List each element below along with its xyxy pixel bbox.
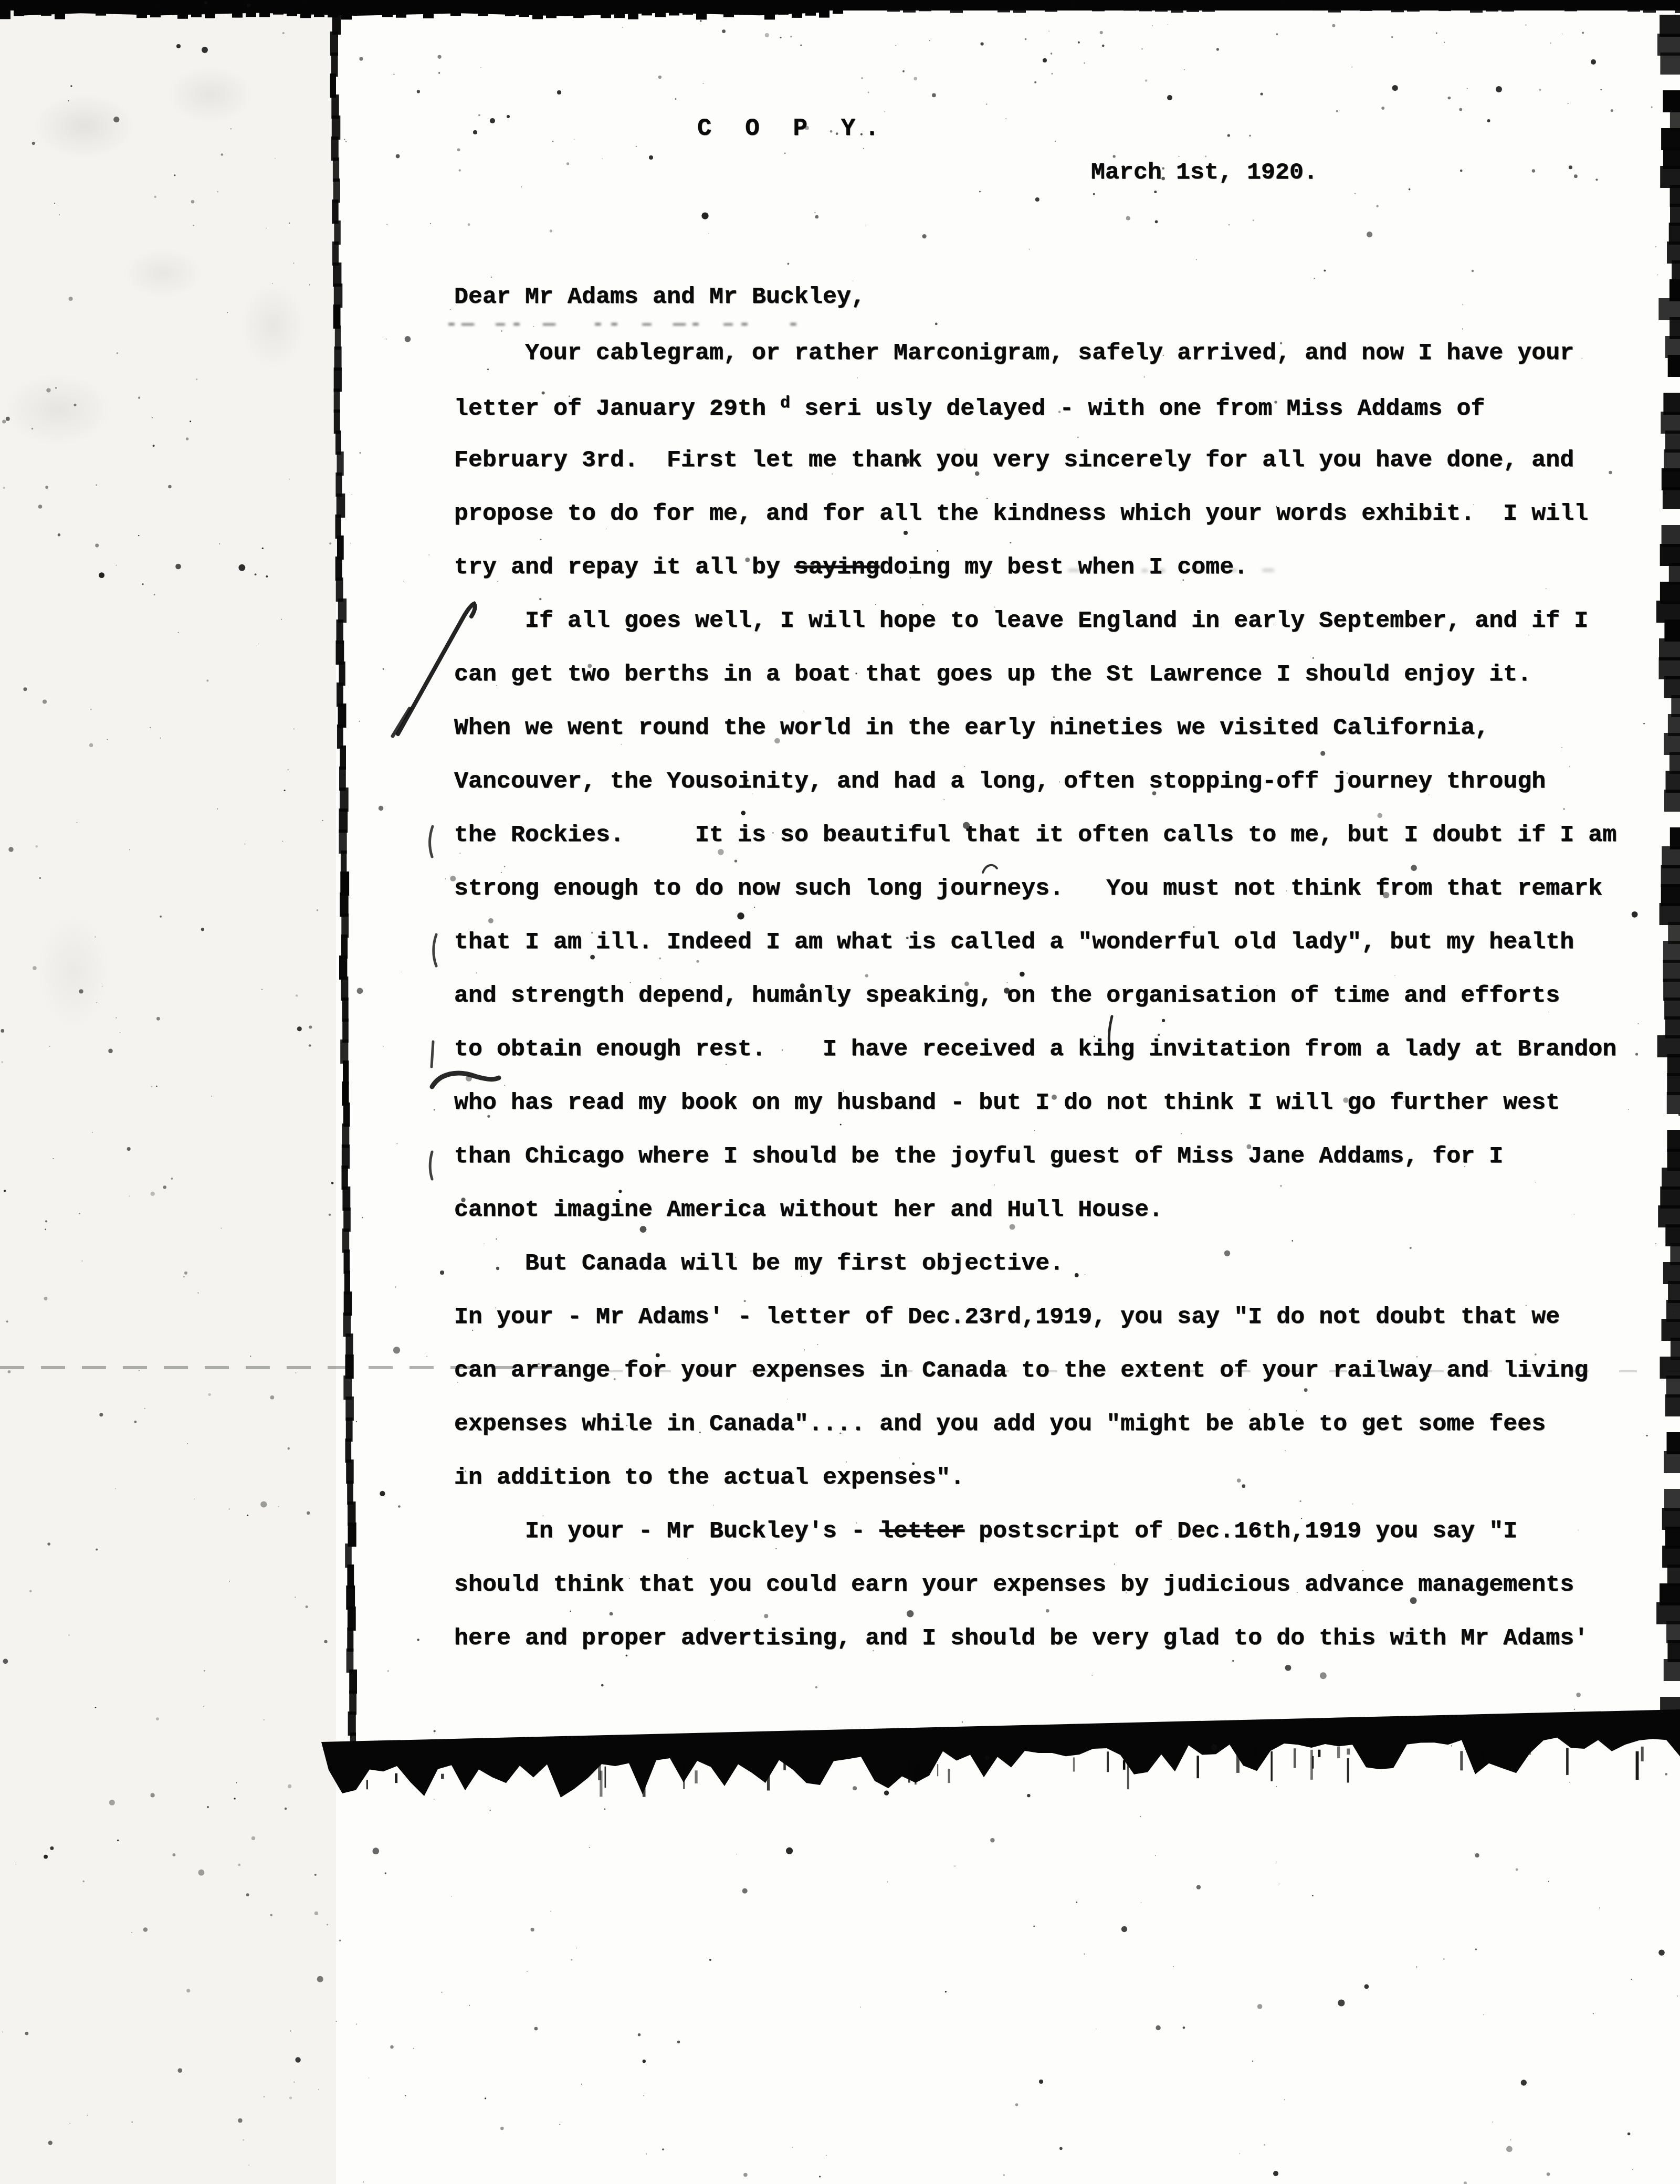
line-text: can arrange for your expenses in Canada … <box>454 1357 1588 1384</box>
line-text: Vancouver, the Yousoinity, and had a lon… <box>454 768 1546 795</box>
date-line: March 1st, 1920. <box>1091 161 1318 184</box>
letter-line: who has read my book on my husband - but… <box>454 1091 1609 1115</box>
salutation: Dear Mr Adams and Mr Buckley, <box>454 285 865 309</box>
letter-line: to obtain enough rest. I have received a… <box>454 1037 1609 1061</box>
line-text: When we went round the world in the earl… <box>454 715 1489 741</box>
line-text: who has read my book on my husband - but… <box>454 1089 1560 1116</box>
line-text: If all goes well, I will hope to leave E… <box>525 607 1588 634</box>
letter-text: C O P Y. March 1st, 1920. Dear Mr Adams … <box>0 0 1680 2184</box>
letter-line: letter of January 29th d seri usly delay… <box>454 395 1609 421</box>
line-text: can get two berths in a boat that goes u… <box>454 661 1531 688</box>
line-text: propose to do for me, and for all the ki… <box>454 500 1588 527</box>
letter-line: that I am ill. Indeed I am what is calle… <box>454 930 1609 954</box>
line-text: try and repay it all by <box>454 554 794 581</box>
superscript-insert: d <box>780 393 790 413</box>
line-text: seri usly delayed - with one from Miss A… <box>790 395 1485 422</box>
letter-line: When we went round the world in the earl… <box>454 716 1609 740</box>
letter-line: propose to do for me, and for all the ki… <box>454 502 1609 526</box>
line-text: But Canada will be my first objective. <box>525 1250 1064 1277</box>
line-text: Your cablegram, or rather Marconigram, s… <box>525 340 1574 366</box>
letter-line: can get two berths in a boat that goes u… <box>454 663 1609 686</box>
struck-word: letter <box>879 1518 964 1545</box>
letter-line: than Chicago where I should be the joyfu… <box>454 1144 1609 1168</box>
line-text: here and proper advertising, and I shoul… <box>454 1625 1588 1652</box>
letter-line: try and repay it all by sayingdoing my b… <box>454 555 1609 579</box>
letter-line: in addition to the actual expenses". <box>454 1466 1609 1489</box>
letter-line: In your - Mr Adams' - letter of Dec.23rd… <box>454 1305 1609 1329</box>
line-text: In your - Mr Buckley's - <box>525 1518 879 1545</box>
struck-word: saying <box>794 554 879 581</box>
line-text: February 3rd. First let me thank you ver… <box>454 447 1574 474</box>
scanned-letter-page: C O P Y. March 1st, 1920. Dear Mr Adams … <box>0 0 1680 2184</box>
letter-line: Vancouver, the Yousoinity, and had a lon… <box>454 770 1609 793</box>
line-text: postscript of Dec.16th,1919 you say "I <box>964 1518 1517 1545</box>
letter-line: If all goes well, I will hope to leave E… <box>454 609 1680 633</box>
letter-line: strong enough to do now such long journe… <box>454 877 1609 900</box>
erased-strikeout-line: -— –- — -- – —- –- - <box>445 313 1128 337</box>
letter-line: expenses while in Canada".... and you ad… <box>454 1412 1609 1436</box>
letter-line: In your - Mr Buckley's - letter postscri… <box>454 1519 1680 1543</box>
line-text: should think that you could earn your ex… <box>454 1571 1574 1598</box>
line-text: that I am ill. Indeed I am what is calle… <box>454 929 1574 955</box>
line-text: than Chicago where I should be the joyfu… <box>454 1143 1503 1170</box>
letter-line: cannot imagine America without her and H… <box>454 1198 1609 1222</box>
letter-line: But Canada will be my first objective. <box>454 1252 1680 1275</box>
line-text: letter of January 29th <box>454 395 780 422</box>
line-text: the Rockies. It is so beautiful that it … <box>454 822 1616 848</box>
letter-line: the Rockies. It is so beautiful that it … <box>454 823 1609 847</box>
line-text: and strength depend, humanly speaking, o… <box>454 982 1560 1009</box>
line-text: to obtain enough rest. I have received a… <box>454 1036 1616 1063</box>
copy-heading: C O P Y. <box>697 117 889 141</box>
letter-line: can arrange for your expenses in Canada … <box>454 1359 1609 1382</box>
line-text: strong enough to do now such long journe… <box>454 875 1602 902</box>
line-text: doing my best when I come. <box>879 554 1248 581</box>
letter-line: should think that you could earn your ex… <box>454 1573 1609 1597</box>
line-text: In your - Mr Adams' - letter of Dec.23rd… <box>454 1304 1560 1330</box>
line-text: in addition to the actual expenses". <box>454 1464 964 1491</box>
letter-line: here and proper advertising, and I shoul… <box>454 1626 1609 1650</box>
line-text: cannot imagine America without her and H… <box>454 1196 1163 1223</box>
letter-line: February 3rd. First let me thank you ver… <box>454 448 1609 472</box>
letter-line: Your cablegram, or rather Marconigram, s… <box>454 341 1680 365</box>
line-text: expenses while in Canada".... and you ad… <box>454 1411 1546 1437</box>
letter-line: and strength depend, humanly speaking, o… <box>454 984 1609 1007</box>
